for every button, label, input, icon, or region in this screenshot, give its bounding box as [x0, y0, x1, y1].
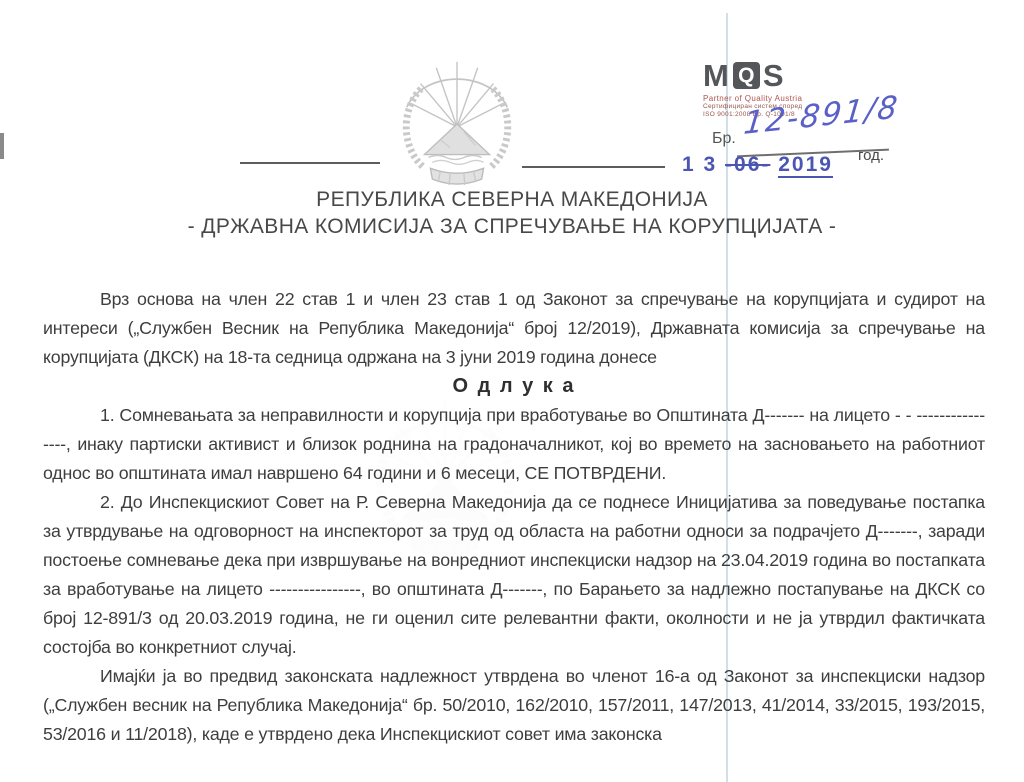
header-rule-left: [240, 162, 380, 164]
date-received-stamp: 1 3 -06- 2019: [682, 153, 833, 177]
legal-basis-paragraph: Имајќи ја во предвид законската надлежно…: [43, 662, 985, 749]
scan-edge-mark: [0, 133, 4, 159]
institution-title: РЕПУБЛИКА СЕВЕРНА МАКЕДОНИЈА - ДРЖАВНА К…: [0, 186, 1024, 240]
mqs-letter-m: M: [703, 60, 730, 91]
stamp-month: -06-: [725, 153, 770, 176]
decision-paragraph-2: 2. До Инспекцискиот Совет на Р. Северна …: [43, 488, 985, 662]
scanned-document-page: M Q S Partner of Quality Austria Сертифи…: [0, 0, 1024, 782]
coat-of-arms-north-macedonia: [388, 52, 526, 190]
year-label: год.: [858, 147, 884, 164]
document-body: Врз основа на член 22 став 1 и член 23 с…: [43, 285, 985, 749]
institution-title-line2: - ДРЖАВНА КОМИСИЈА ЗА СПРЕЧУВАЊЕ НА КОРУ…: [0, 213, 1024, 240]
stamp-day: 1 3: [682, 153, 717, 176]
decision-heading: О д л у к а: [43, 372, 985, 401]
header-rule-right: [522, 166, 665, 168]
mqs-letter-q: Q: [738, 65, 754, 86]
institution-title-line1: РЕПУБЛИКА СЕВЕРНА МАКЕДОНИЈА: [0, 186, 1024, 213]
mqs-letter-s: S: [763, 60, 785, 91]
stamp-year: 2019: [778, 153, 833, 178]
mqs-wordmark: M Q S: [703, 60, 843, 91]
registration-number-label: Бр.: [712, 130, 736, 148]
decision-paragraph-1: 1. Сомневањата за неправилности и корупц…: [43, 401, 985, 488]
intro-paragraph: Врз основа на член 22 став 1 и член 23 с…: [43, 285, 985, 372]
mqs-q-box-icon: Q: [733, 62, 760, 89]
